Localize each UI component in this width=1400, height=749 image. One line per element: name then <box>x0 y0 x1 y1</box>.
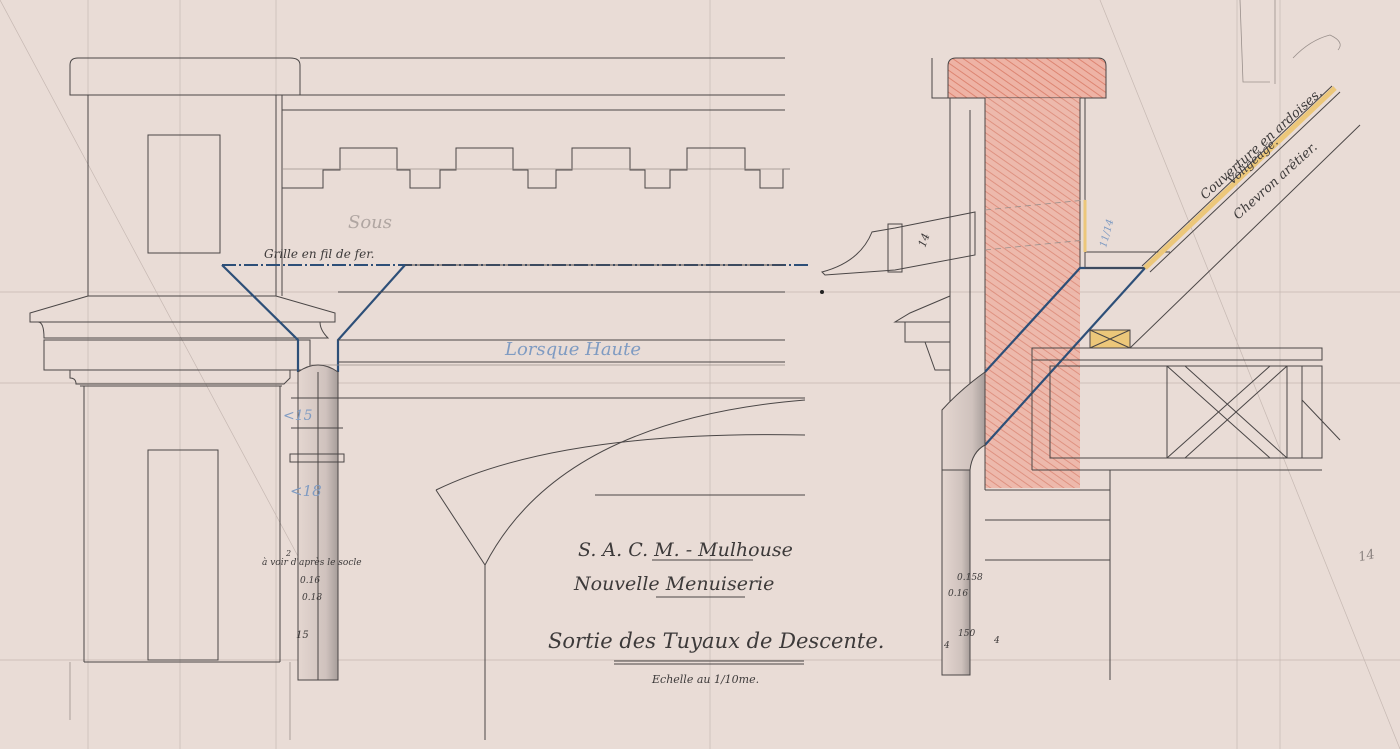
pencil-dot <box>820 290 824 294</box>
dim-right-d1: 0.158 <box>957 573 983 583</box>
title-line-3: Sortie des Tuyaux de Descente. <box>548 629 884 653</box>
drawing-sheet: Grille en fil de fer. Sous Lorsque Haute… <box>0 0 1400 749</box>
corner-sketch <box>1240 0 1340 84</box>
right-section <box>822 58 1360 680</box>
dim-left-blue-2: <18 <box>290 482 322 500</box>
dim-right-d3: 150 <box>958 629 975 639</box>
dim-right-d2: 0.16 <box>948 589 968 599</box>
title-line-1: S. A. C. M. - Mulhouse <box>578 539 793 561</box>
dim-right-d4: 4 <box>943 641 950 651</box>
dim-left-d4: 2 <box>285 549 291 558</box>
architectural-drawing: Grille en fil de fer. Sous Lorsque Haute… <box>0 0 1400 749</box>
a-voir-label: à voir d'après le socle <box>262 557 362 568</box>
dim-pipe: 14 <box>916 231 933 249</box>
dim-left-d1: 0.16 <box>300 576 320 586</box>
dim-left-d2: 0.18 <box>302 593 322 603</box>
dim-right-d5: 4 <box>993 636 1000 646</box>
scale-label: Echelle au 1/10me. <box>651 673 759 686</box>
dim-left-d3: 15 <box>296 630 309 641</box>
title-block: S. A. C. M. - Mulhouse Nouvelle Menuiser… <box>548 539 884 686</box>
lorsque-label: Lorsque Haute <box>504 339 641 360</box>
sous-label: Sous <box>348 212 392 233</box>
title-line-2: Nouvelle Menuiserie <box>573 573 774 595</box>
grille-label: Grille en fil de fer. <box>264 247 374 261</box>
dim-left-blue-1: <15 <box>283 408 313 424</box>
page-mark: 14 <box>1357 547 1376 565</box>
dim-pipe-2: 11/14 <box>1098 218 1116 249</box>
